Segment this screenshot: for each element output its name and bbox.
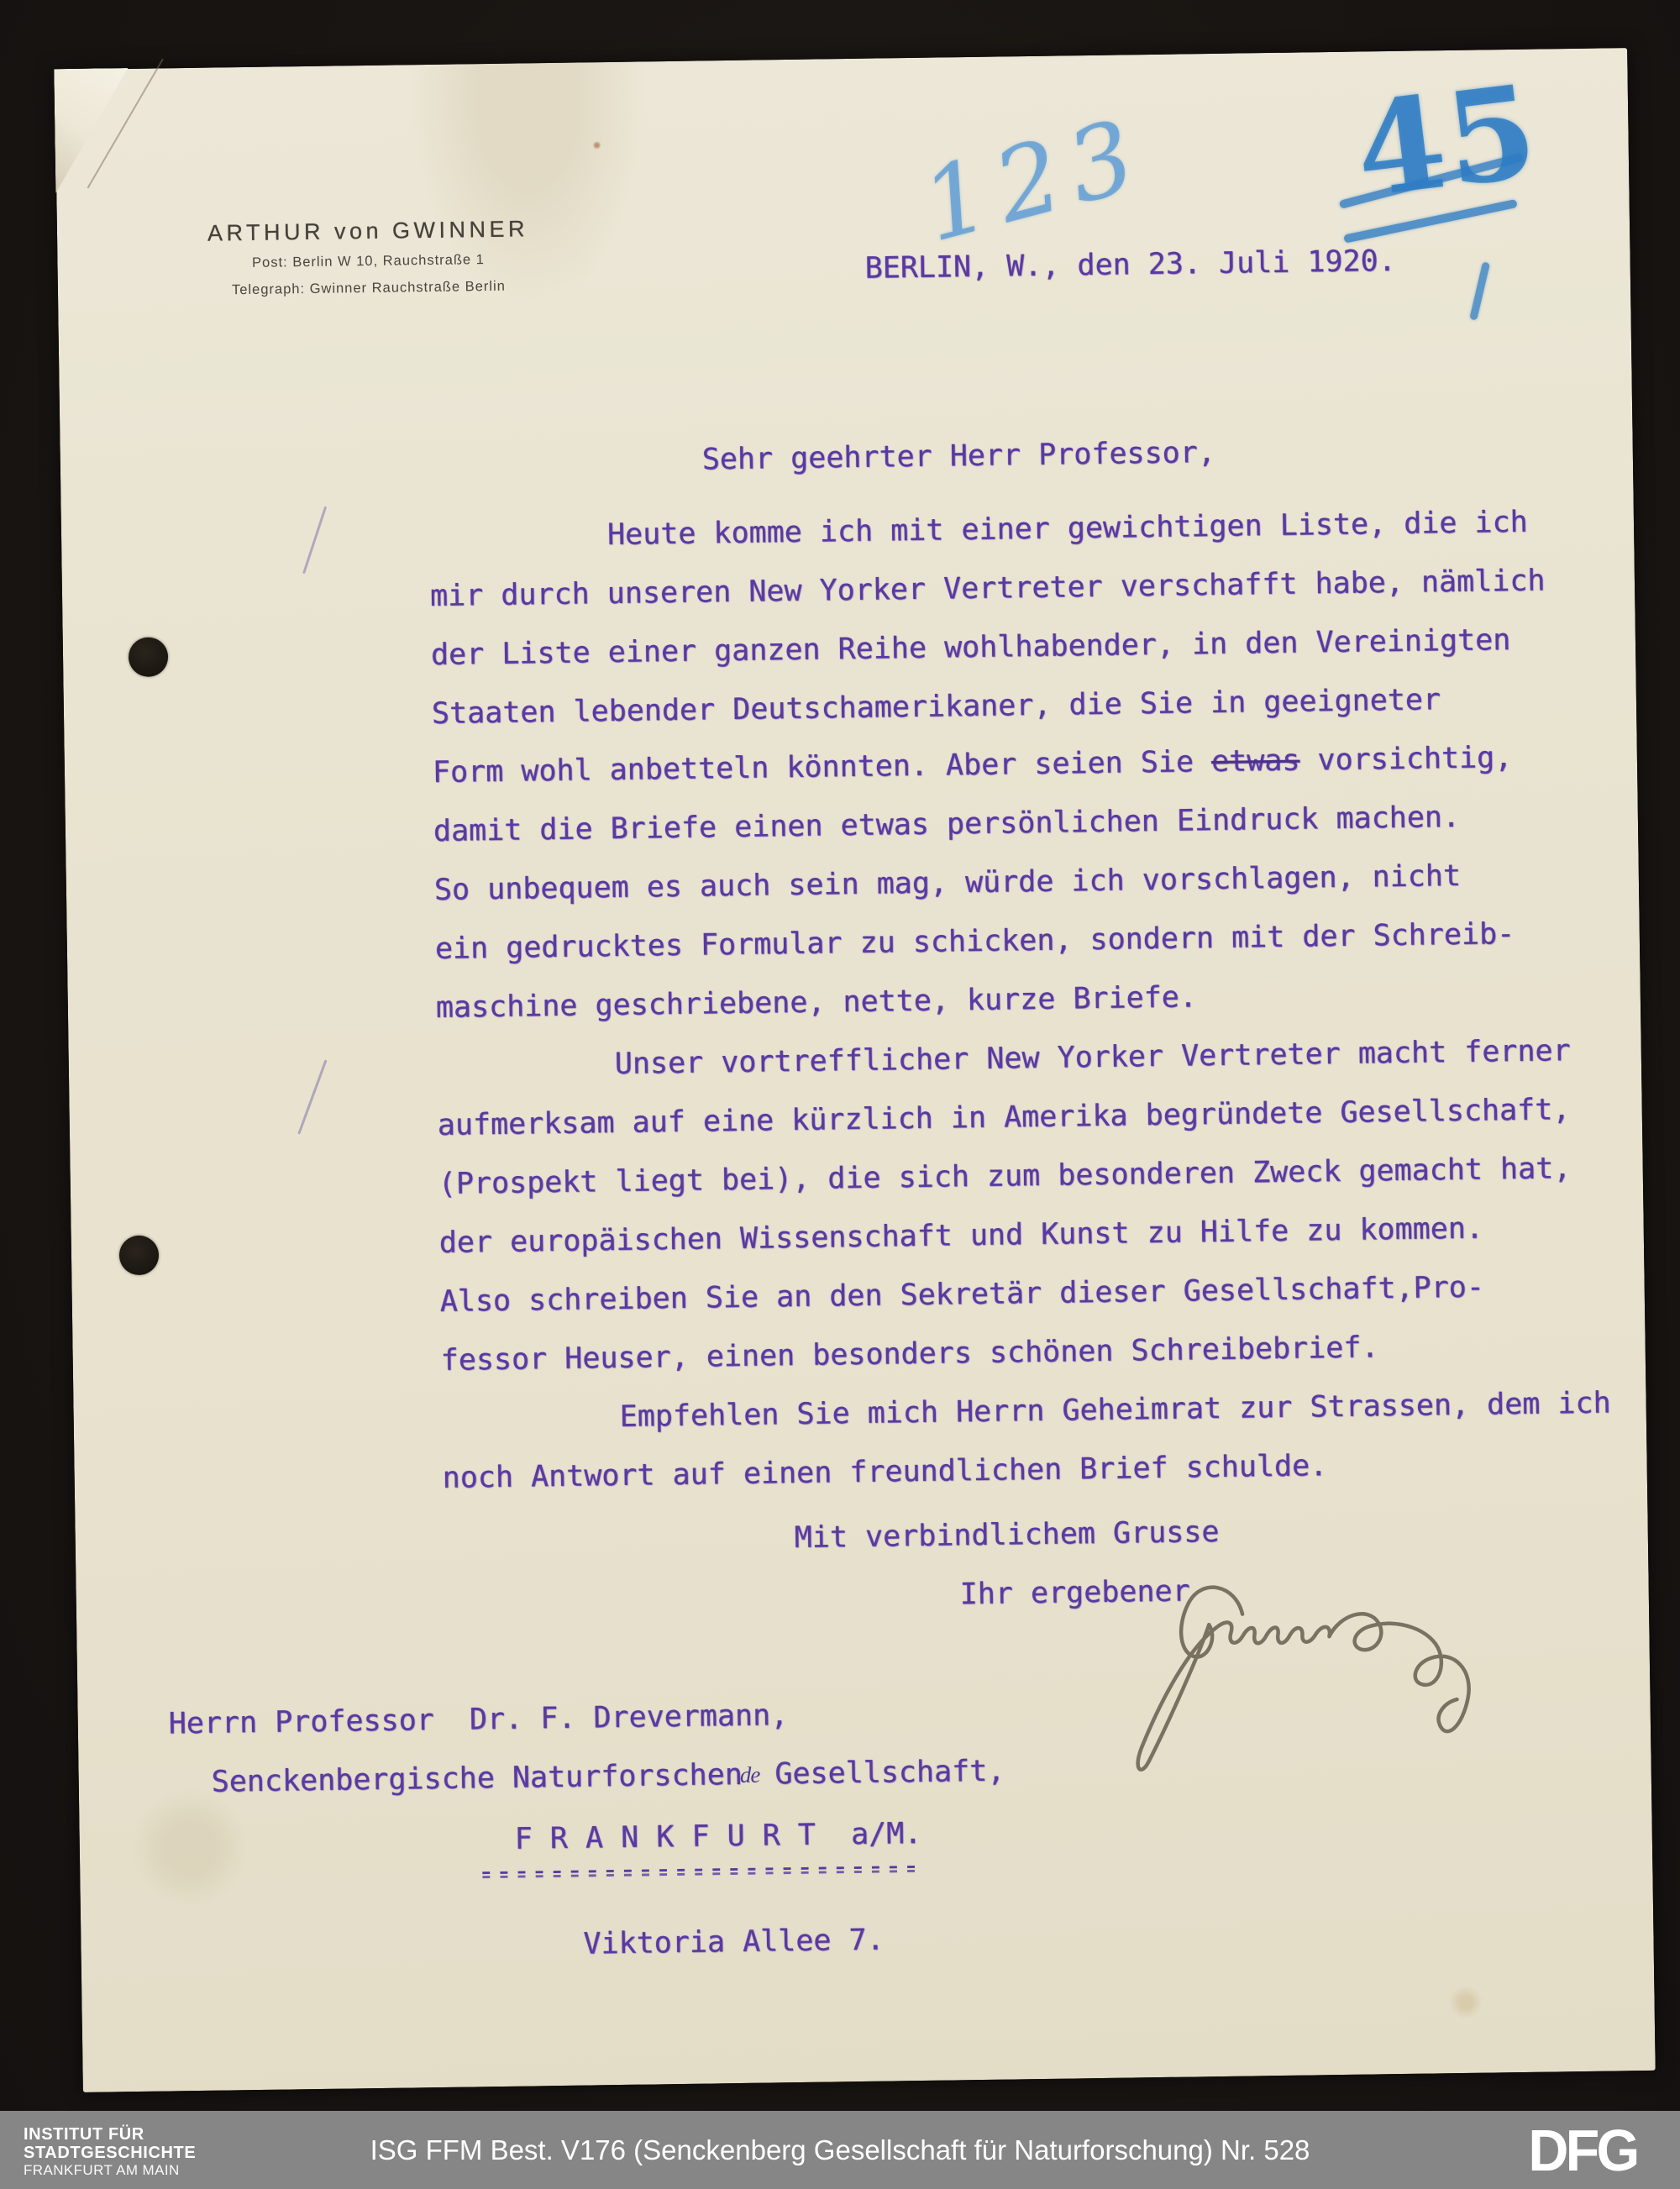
letter-text: fessor Heuser, einen besonders schönen S… <box>441 1331 1379 1378</box>
letterhead: ARTHUR von GWINNER Post: Berlin W 10, Ra… <box>183 216 553 247</box>
recipient-org-line: Senckenbergische Naturforschende Gesells… <box>211 1742 1005 1812</box>
letter-sheet: ARTHUR von GWINNER Post: Berlin W 10, Ra… <box>55 48 1655 2092</box>
letter-text: Staaten lebender Deutschamerikaner, die … <box>432 683 1441 731</box>
letter-text: Form wohl anbetteln könnten. Aber seien … <box>433 745 1212 790</box>
date-line: BERLIN, W., den 23. Juli 1920. <box>864 232 1396 298</box>
folded-corner <box>54 68 129 193</box>
letter-text: (Prospekt liegt bei), die sich zum beson… <box>438 1152 1572 1201</box>
letterhead-name: ARTHUR von GWINNER <box>183 216 553 247</box>
letter-text: aufmerksam auf eine kürzlich in Amerika … <box>438 1093 1571 1142</box>
salutation: Sehr geehrter Herr Professor, <box>701 423 1215 490</box>
letter-text: Also schreiben Sie an den Sekretär diese… <box>440 1271 1485 1319</box>
letter-text: noch Antwort auf einen freundlichen Brie… <box>442 1449 1327 1495</box>
letter-text: der Liste einer ganzen Reihe wohlhabende… <box>431 623 1511 672</box>
margin-pencil-mark <box>297 1059 327 1134</box>
punch-hole-bottom <box>119 1236 160 1276</box>
recipient-street-line: Viktoria Allee 7. <box>583 1911 885 1974</box>
letter-text: So unbequem es auch sein mag, würde ich … <box>434 859 1462 907</box>
signature-gwinner <box>1109 1551 1566 1793</box>
recipient-name-line: Herrn Professor Dr. F. Drevermann, <box>168 1686 788 1753</box>
crayon-strike-mark <box>1469 261 1490 320</box>
typed-separator-line: ------------------------- <box>477 1836 921 1901</box>
letter-text: damit die Briefe einen etwas persönliche… <box>433 801 1461 848</box>
dfg-logo: DFG <box>1529 2121 1637 2180</box>
letter-text: vorsichtig, <box>1299 741 1512 778</box>
letterhead-telegraph-address: Telegraph: Gwinner Rauchstraße Berlin <box>184 278 554 299</box>
archive-reference: ISG FFM Best. V176 (Senckenberg Gesellsc… <box>0 2111 1680 2189</box>
margin-pencil-mark <box>302 507 327 575</box>
letter-body: Heute komme ich mit einer gewichtigen Li… <box>429 492 1613 1508</box>
letter-text: ein gedrucktes Formular zu schicken, son… <box>435 917 1515 966</box>
archival-scan-page: ARTHUR von GWINNER Post: Berlin W 10, Ra… <box>0 0 1680 2189</box>
letter-text: Heute komme ich mit einer gewichtigen Li… <box>607 506 1528 552</box>
letter-text: maschine geschriebene, nette, kurze Brie… <box>436 980 1198 1025</box>
letter-text: mir durch unseren New Yorker Vertreter v… <box>430 564 1546 613</box>
letter-text: Unser vortrefflicher New Yorker Vertrete… <box>615 1034 1571 1081</box>
archive-footer-bar: INSTITUT FÜR STADTGESCHICHTE FRANKFURT A… <box>0 2111 1680 2189</box>
letterhead-postal-address: Post: Berlin W 10, Rauchstraße 1 <box>183 251 553 272</box>
recipient-org-typed: Senckenbergische Naturforschen <box>211 1758 743 1799</box>
punch-hole-top <box>129 637 169 677</box>
letter-text: Empfehlen Sie mich Herrn Geheimrat zur S… <box>619 1386 1610 1433</box>
recipient-org-typed: Gesellschaft, <box>757 1755 1005 1792</box>
letter-text: der europäischen Wissenschaft und Kunst … <box>439 1212 1484 1260</box>
struck-word: etwas <box>1211 744 1300 779</box>
